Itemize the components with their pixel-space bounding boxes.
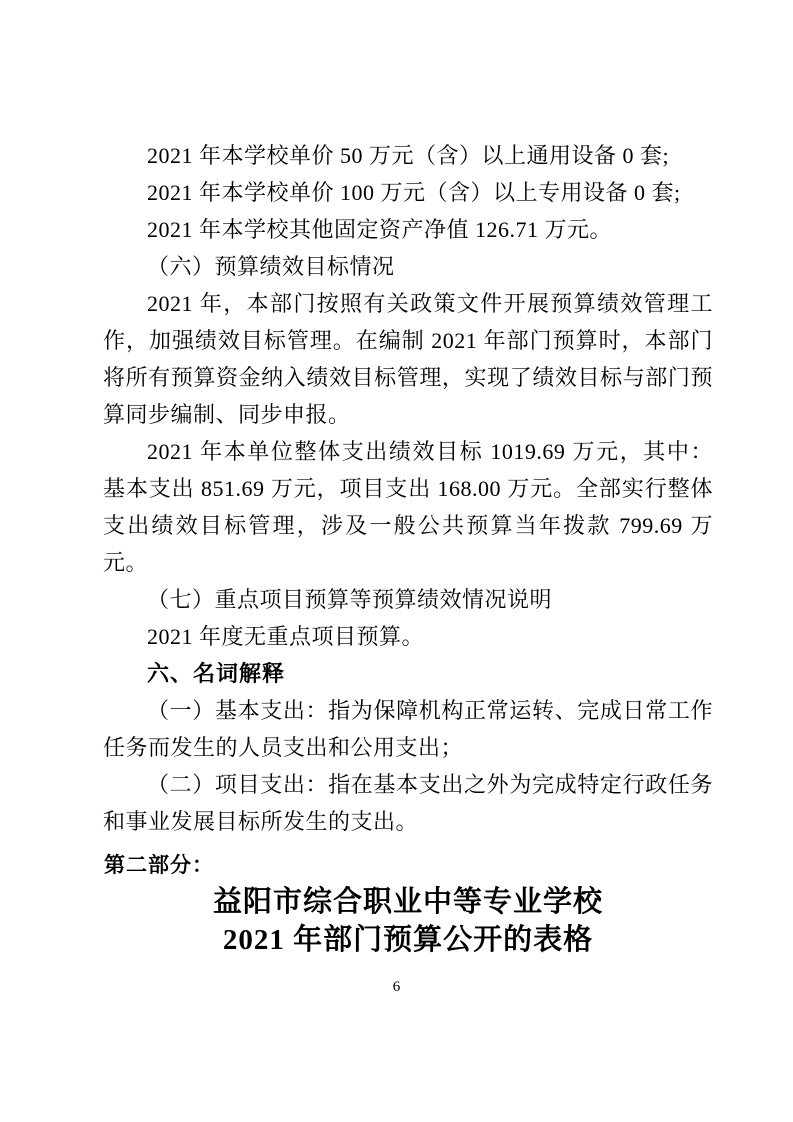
part2-title: 益阳市综合职业中等专业学校 2021 年部门预算公开的表格 bbox=[103, 883, 713, 959]
page-number: 6 bbox=[0, 977, 793, 997]
part2-title-line2: 2021 年部门预算公开的表格 bbox=[103, 921, 713, 959]
paragraph-equipment-special: 2021 年本学校单价 100 万元（含）以上专用设备 0 套; bbox=[103, 174, 713, 211]
paragraph-equipment-general: 2021 年本学校单价 50 万元（含）以上通用设备 0 套; bbox=[103, 137, 713, 174]
part2-label: 第二部分： bbox=[104, 851, 214, 881]
paragraph-term-basic-expenditure: （一）基本支出：指为保障机构正常运转、完成日常工作任务而发生的人员支出和公用支出… bbox=[103, 692, 713, 766]
part2-title-line1: 益阳市综合职业中等专业学校 bbox=[103, 883, 713, 921]
paragraph-fixed-assets: 2021 年本学校其他固定资产净值 126.71 万元。 bbox=[103, 211, 713, 248]
paragraph-performance-targets: 2021 年本单位整体支出绩效目标 1019.69 万元，其中：基本支出 851… bbox=[103, 433, 713, 581]
section-heading-glossary: 六、名词解释 bbox=[103, 655, 713, 692]
paragraph-performance-management: 2021 年，本部门按照有关政策文件开展预算绩效管理工作，加强绩效目标管理。在编… bbox=[103, 285, 713, 433]
subsection-heading-6: （六）预算绩效目标情况 bbox=[103, 248, 713, 285]
document-body: 2021 年本学校单价 50 万元（含）以上通用设备 0 套; 2021 年本学… bbox=[103, 137, 713, 840]
paragraph-term-project-expenditure: （二）项目支出：指在基本支出之外为完成特定行政任务和事业发展目标所发生的支出。 bbox=[103, 766, 713, 840]
paragraph-no-key-projects: 2021 年度无重点项目预算。 bbox=[103, 618, 713, 655]
document-page: 2021 年本学校单价 50 万元（含）以上通用设备 0 套; 2021 年本学… bbox=[0, 0, 793, 1122]
subsection-heading-7: （七）重点项目预算等预算绩效情况说明 bbox=[103, 581, 713, 618]
